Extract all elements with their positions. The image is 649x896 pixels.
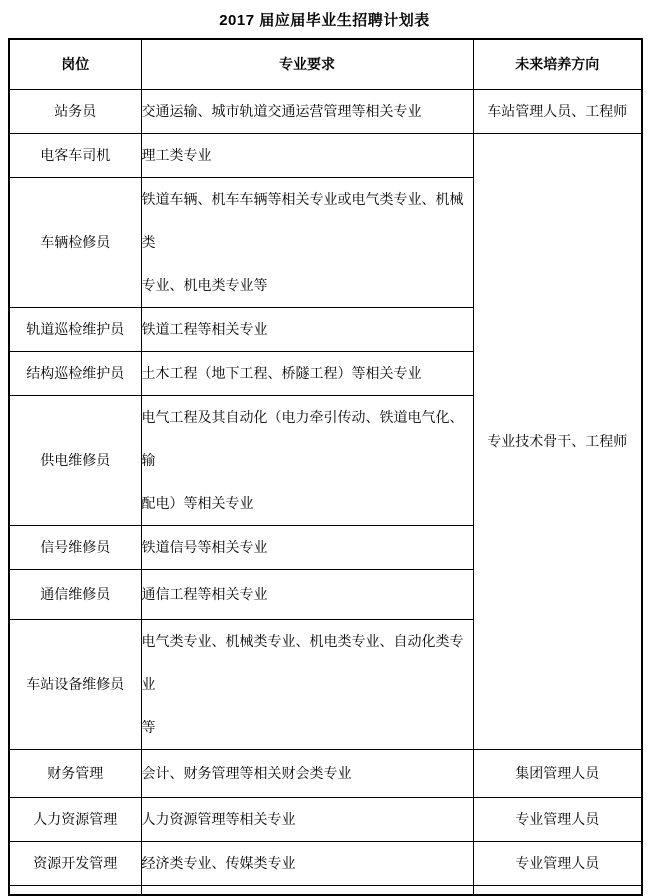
major-cell: 通信工程等相关专业 [141, 569, 473, 619]
position-cell: 资源开发管理 [9, 841, 141, 885]
direction-cell: 专业管理人员 [473, 797, 642, 841]
table-row-empty [9, 885, 642, 895]
table-header-row: 岗位 专业要求 未来培养方向 [9, 39, 642, 89]
major-cell: 电气类专业、机械类专业、机电类专业、自动化类专业 等 [141, 619, 473, 749]
header-direction: 未来培养方向 [473, 39, 642, 89]
position-cell: 人力资源管理 [9, 797, 141, 841]
document-page: 2017 届应届毕业生招聘计划表 岗位 专业要求 未来培养方向 站务员 交通运输… [0, 0, 649, 756]
major-cell: 理工类专业 [141, 133, 473, 177]
major-cell: 电气工程及其自动化（电力牵引传动、铁道电气化、输 配电）等相关专业 [141, 395, 473, 525]
major-cell: 人力资源管理等相关专业 [141, 797, 473, 841]
position-cell: 车辆检修员 [9, 177, 141, 307]
direction-cell: 车站管理人员、工程师 [473, 89, 642, 133]
major-cell: 会计、财务管理等相关财会类专业 [141, 749, 473, 797]
position-cell: 电客车司机 [9, 133, 141, 177]
position-cell: 通信维修员 [9, 569, 141, 619]
table-row: 财务管理 会计、财务管理等相关财会类专业 集团管理人员 [9, 749, 642, 797]
table-row: 站务员 交通运输、城市轨道交通运营管理等相关专业 车站管理人员、工程师 [9, 89, 642, 133]
position-cell: 车站设备维修员 [9, 619, 141, 749]
direction-cell: 集团管理人员 [473, 749, 642, 797]
table-row: 电客车司机 理工类专业 专业技术骨干、工程师 [9, 133, 642, 177]
direction-cell-empty [473, 885, 642, 895]
position-cell: 供电维修员 [9, 395, 141, 525]
header-position: 岗位 [9, 39, 141, 89]
direction-cell: 专业管理人员 [473, 841, 642, 885]
direction-merged-cell: 专业技术骨干、工程师 [473, 133, 642, 749]
recruitment-plan-table: 岗位 专业要求 未来培养方向 站务员 交通运输、城市轨道交通运营管理等相关专业 … [8, 38, 643, 896]
position-cell: 财务管理 [9, 749, 141, 797]
table-row: 人力资源管理 人力资源管理等相关专业 专业管理人员 [9, 797, 642, 841]
major-cell-empty [141, 885, 473, 895]
major-cell: 铁道信号等相关专业 [141, 525, 473, 569]
major-cell: 铁道车辆、机车车辆等相关专业或电气类专业、机械类 专业、机电类专业等 [141, 177, 473, 307]
table-row: 资源开发管理 经济类专业、传媒类专业 专业管理人员 [9, 841, 642, 885]
major-cell: 经济类专业、传媒类专业 [141, 841, 473, 885]
page-title: 2017 届应届毕业生招聘计划表 [0, 0, 649, 38]
position-cell: 信号维修员 [9, 525, 141, 569]
major-cell: 铁道工程等相关专业 [141, 307, 473, 351]
position-cell: 站务员 [9, 89, 141, 133]
position-cell: 结构巡检维护员 [9, 351, 141, 395]
major-cell: 交通运输、城市轨道交通运营管理等相关专业 [141, 89, 473, 133]
position-cell: 轨道巡检维护员 [9, 307, 141, 351]
major-cell: 土木工程（地下工程、桥隧工程）等相关专业 [141, 351, 473, 395]
position-cell-empty [9, 885, 141, 895]
header-major: 专业要求 [141, 39, 473, 89]
